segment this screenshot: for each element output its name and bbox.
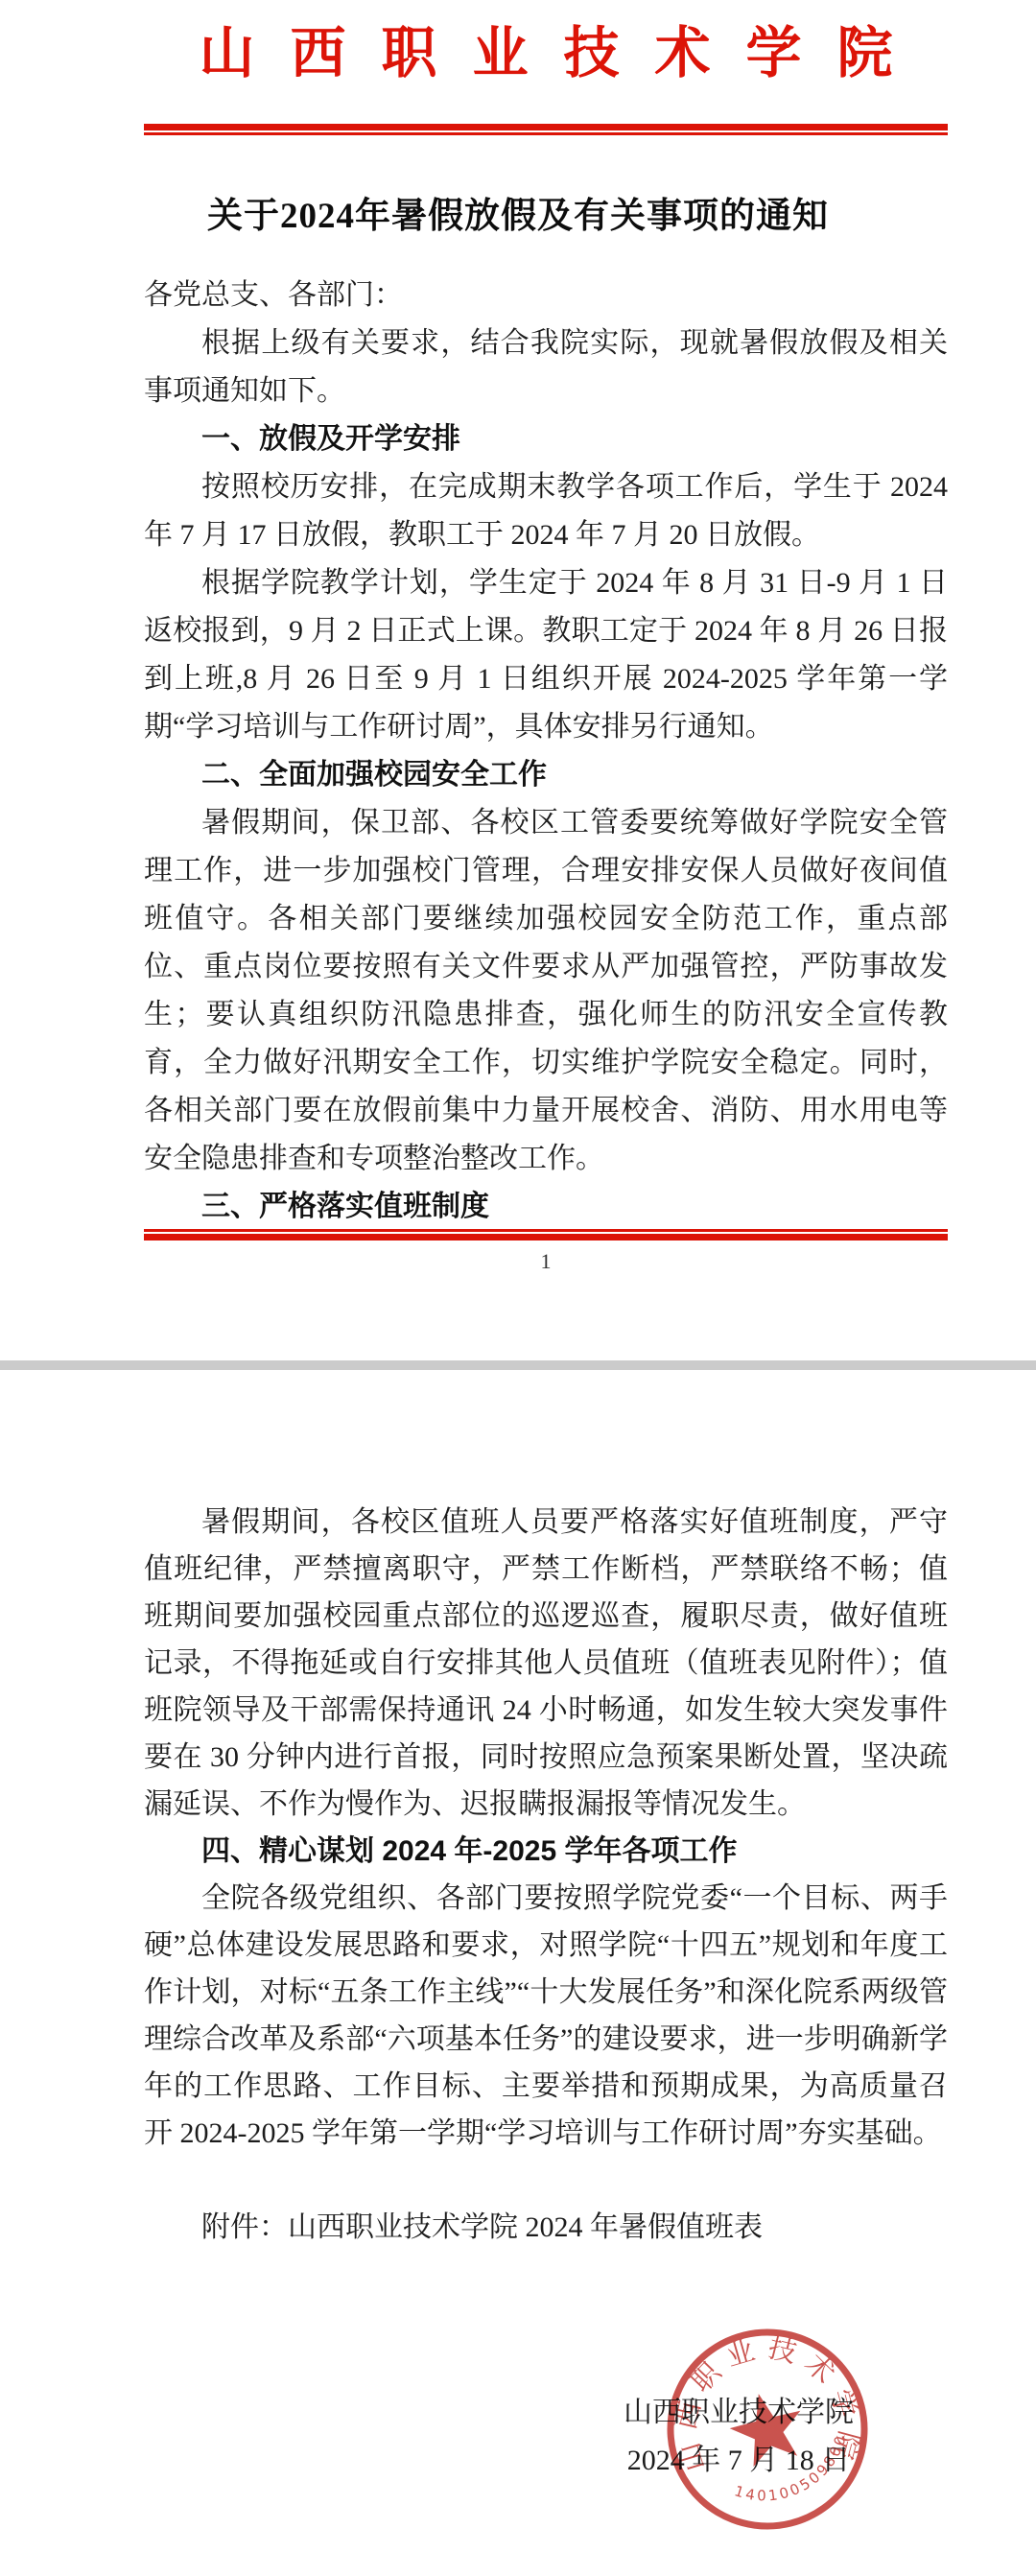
org-name-header: 山西职业技术学院 bbox=[144, 23, 948, 84]
paragraph: 按照校历安排，在完成期末教学各项工作后，学生于 2024 年 7 月 17 日放… bbox=[144, 463, 948, 559]
doc-title: 关于2024年暑假放假及有关事项的通知 bbox=[116, 186, 920, 238]
attachment-line: 附件：山西职业技术学院 2024 年暑假值班表 bbox=[144, 2204, 948, 2251]
footer-rule-thick bbox=[144, 1234, 948, 1241]
section-heading: 二、全面加强校园安全工作 bbox=[144, 751, 948, 799]
footer-rule-thin bbox=[144, 1229, 948, 1232]
section-heading: 一、放假及开学安排 bbox=[144, 415, 948, 463]
page1-body: 各党总支、各部门： 根据上级有关要求，结合我院实际，现就暑假放假及相关事项通知如… bbox=[144, 272, 948, 1231]
seal-star-icon bbox=[723, 2385, 811, 2470]
footer-rule bbox=[144, 1229, 948, 1241]
paragraph: 暑假期间，各校区值班人员要严格落实好值班制度，严守值班纪律，严禁擅离职守，严禁工… bbox=[144, 1499, 948, 1828]
section-heading: 四、精心谋划 2024 年-2025 学年各项工作 bbox=[144, 1828, 948, 1875]
page2-body: 暑假期间，各校区值班人员要严格落实好值班制度，严守值班纪律，严禁擅离职守，严禁工… bbox=[144, 1499, 948, 2251]
paragraph: 全院各级党组织、各部门要按照学院党委“一个目标、两手硬”总体建设发展思路和要求，… bbox=[144, 1875, 948, 2157]
page-2: 暑假期间，各校区值班人员要严格落实好值班制度，严守值班纪律，严禁擅离职守，严禁工… bbox=[0, 1370, 1036, 2576]
official-seal: 山西职业技术学院 1401005098002 bbox=[652, 2314, 883, 2544]
header-rule bbox=[144, 124, 948, 135]
page-1: 山西职业技术学院 关于2024年暑假放假及有关事项的通知 各党总支、各部门： 根… bbox=[0, 0, 1036, 1360]
document-scan: 山西职业技术学院 关于2024年暑假放假及有关事项的通知 各党总支、各部门： 根… bbox=[0, 0, 1036, 2576]
header-rule-thick bbox=[144, 124, 948, 130]
paragraph: 根据上级有关要求，结合我院实际，现就暑假放假及相关事项通知如下。 bbox=[144, 319, 948, 415]
section-heading: 三、严格落实值班制度 bbox=[144, 1183, 948, 1231]
paragraph: 根据学院教学计划，学生定于 2024 年 8 月 31 日-9 月 1 日返校报… bbox=[144, 559, 948, 751]
header-rule-thin bbox=[144, 132, 948, 135]
paragraph: 暑假期间，保卫部、各校区工管委要统筹做好学院安全管理工作，进一步加强校门管理，合… bbox=[144, 799, 948, 1183]
page-gap-divider bbox=[0, 1360, 1036, 1370]
salutation: 各党总支、各部门： bbox=[144, 272, 948, 319]
page-number: 1 bbox=[144, 1249, 948, 1274]
